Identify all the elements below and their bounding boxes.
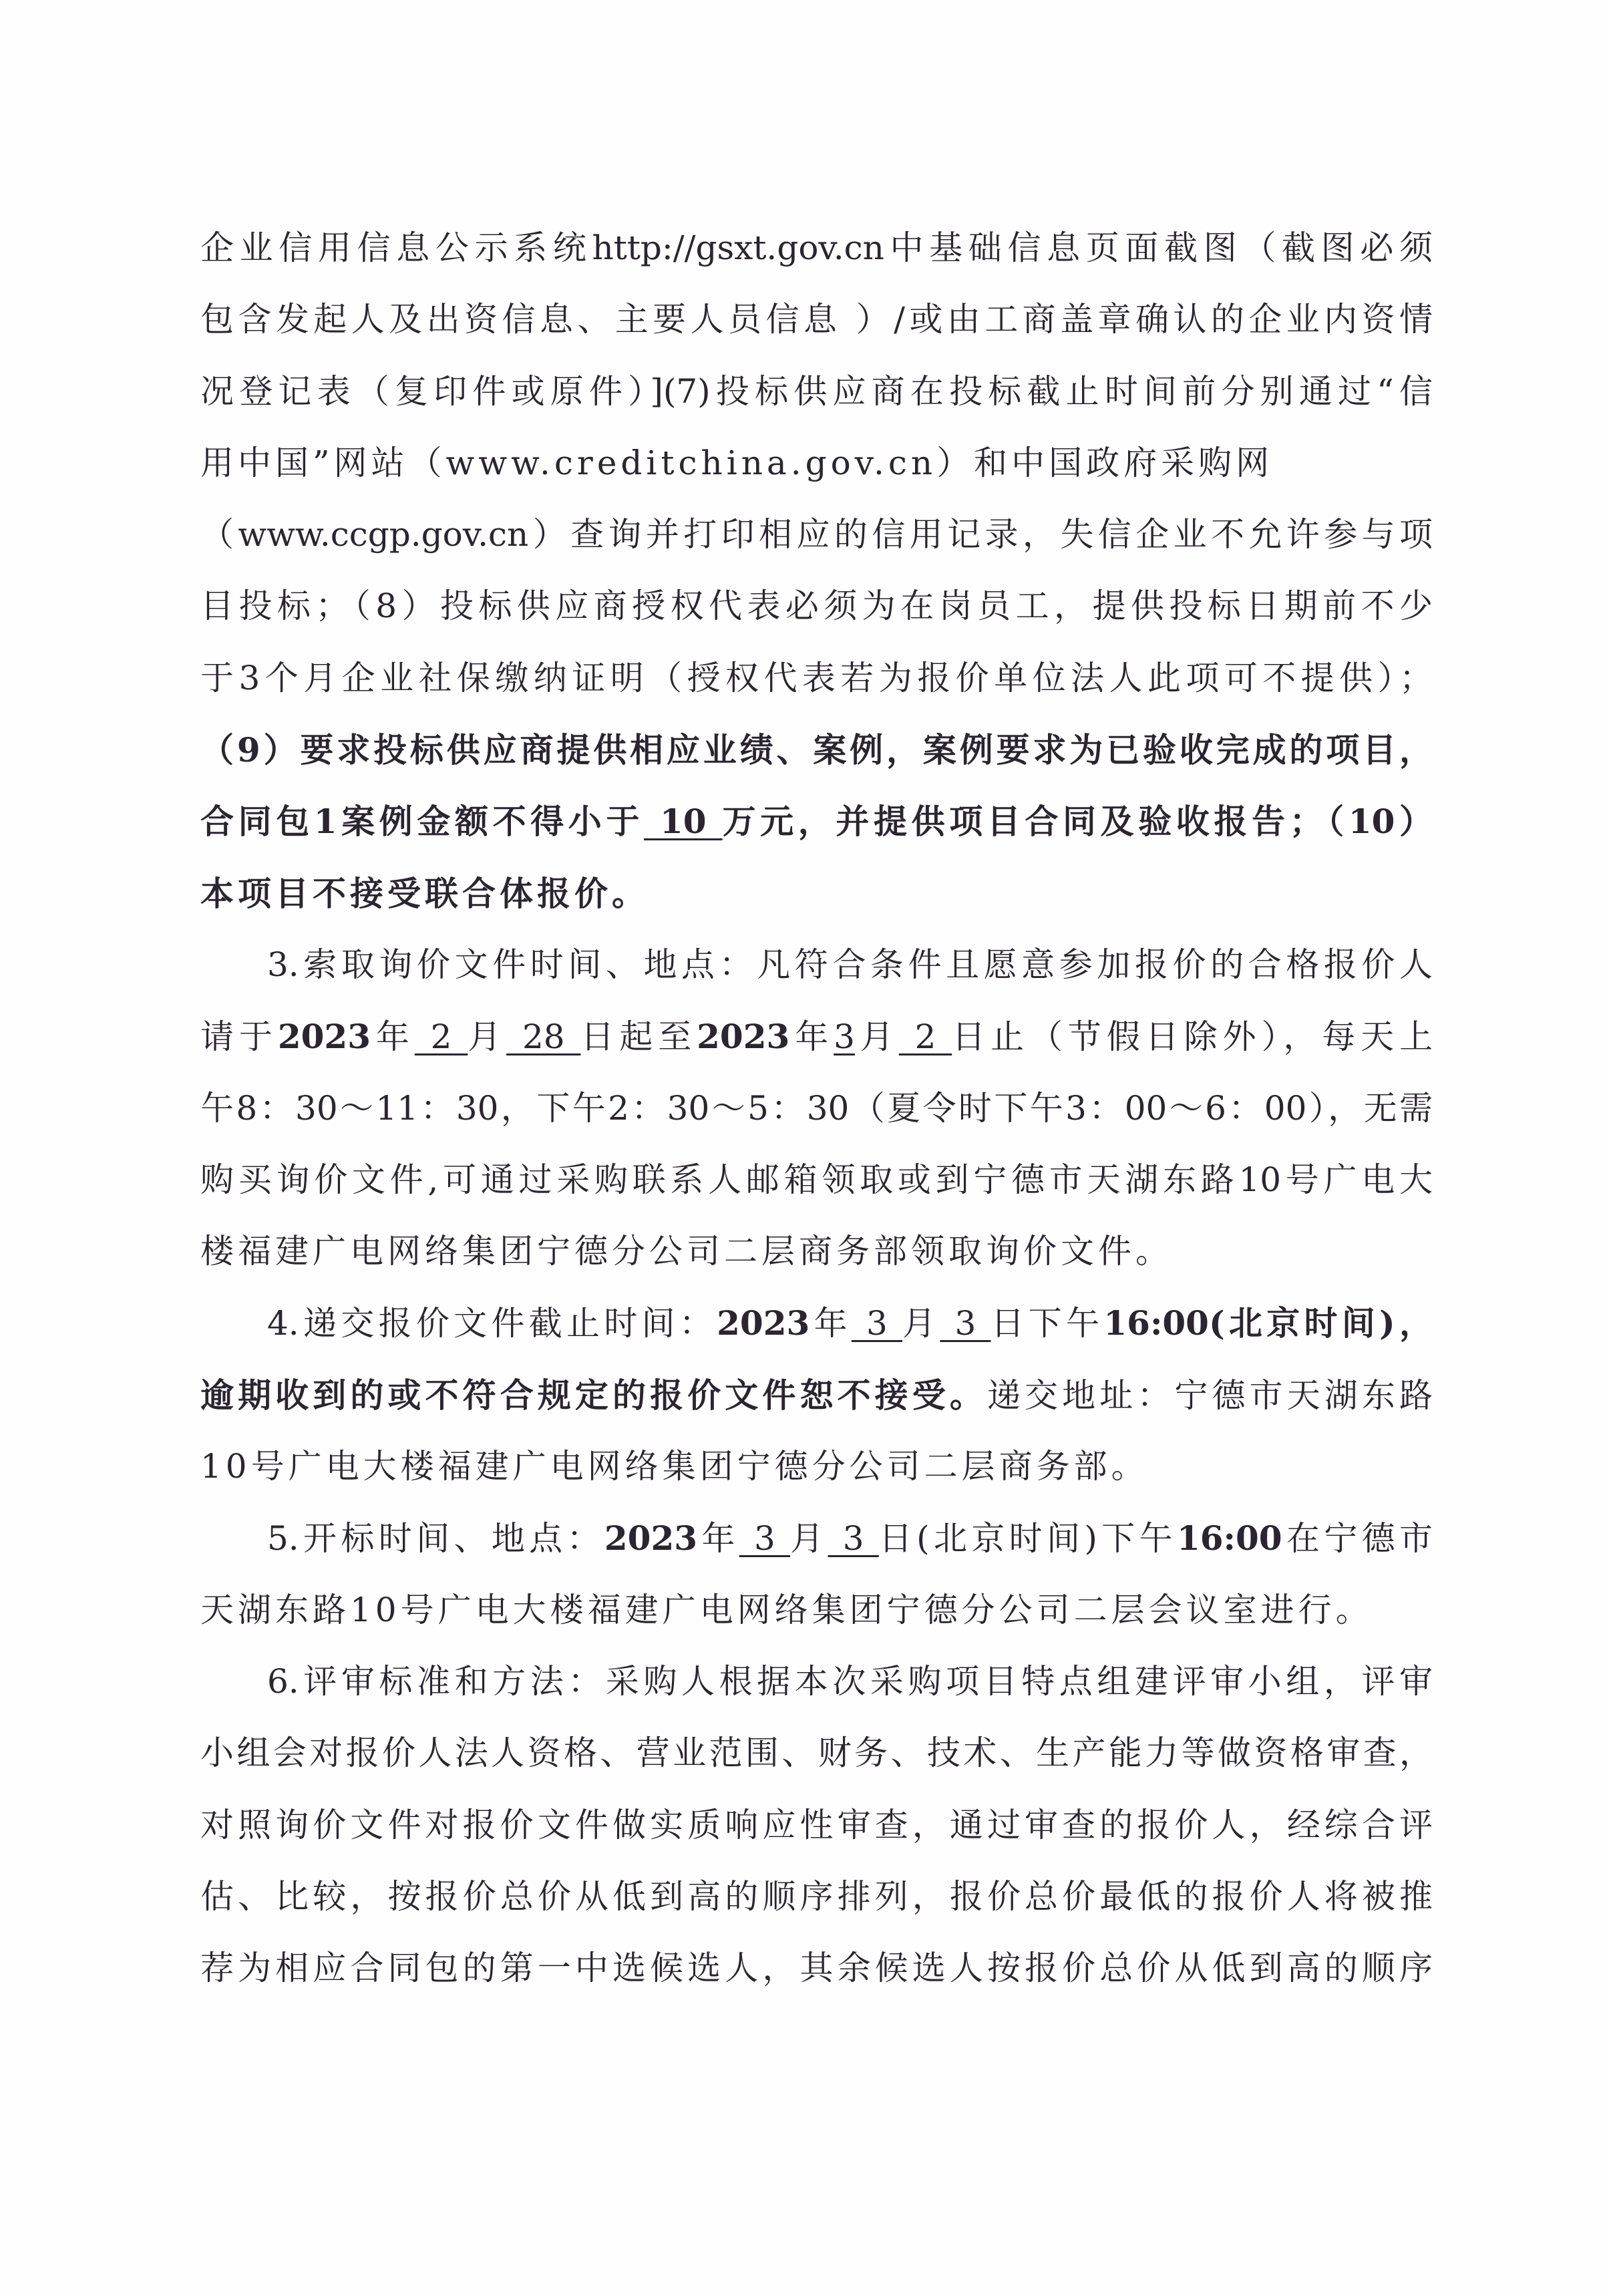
text-segment: 企业信用信息公示系统http://gsxt.gov.cn中基础信息页面截图（截图… [200,228,1433,267]
text-line: 本项目不接受联合体报价。 [200,858,1433,929]
text-line: 天湖东路10号广电大楼福建广电网络集团宁德分公司二层会议室进行。 [200,1575,1433,1646]
text-segment: 小组会对报价人法人资格、营业范围、财务、技术、生产能力等做资格审查， [200,1734,1433,1772]
text-segment: 购买询价文件,可通过采购联系人邮箱领取或到宁德市天湖东路10号广电大 [200,1160,1433,1199]
text-segment: 午8：30～11：30，下午2：30～5：30（夏令时下午3：00～6：00），… [200,1089,1433,1128]
text-segment: 递交地址：宁德市天湖东路 [987,1376,1433,1415]
text-line: 包含发起人及出资信息、主要人员信息 ）/或由工商盖章确认的企业内资情 [200,284,1433,355]
text-segment: 5.开标时间、地点： [267,1519,604,1558]
underlined-value: 10 [644,802,723,841]
paragraph-first-line: 5.开标时间、地点：2023年 3 月 3 日(北京时间)下午16:00在宁德市 [200,1502,1433,1574]
text-segment: 10号广电大楼福建广电网络集团宁德分公司二层商务部。 [200,1447,1149,1486]
text-line: 目投标；（8）投标供应商授权代表必须为在岗员工，提供投标日期前不少 [200,570,1433,642]
text-line: 午8：30～11：30，下午2：30～5：30（夏令时下午3：00～6：00），… [200,1073,1433,1144]
text-segment: 年 [789,1017,834,1056]
text-segment: 3.索取询价文件时间、地点：凡符合条件且愿意参加报价的合格报价人 [267,945,1433,984]
text-segment: 日(北京时间)下午 [879,1519,1177,1558]
text-segment: 年 [371,1017,415,1056]
text-segment: 楼福建广电网络集团宁德分公司二层商务部领取询价文件。 [200,1232,1173,1271]
paragraph-first-line: 6.评审标准和方法：采购人根据本次采购项目特点组建评审小组，评审 [200,1646,1433,1717]
document-body: 企业信用信息公示系统http://gsxt.gov.cn中基础信息页面截图（截图… [200,212,1433,2004]
bold-text: 16:00 [1103,1303,1209,1343]
text-line: （www.ccgp.gov.cn）查询并打印相应的信用记录，失信企业不允许参与项 [200,499,1433,570]
paragraph-first-line: 4.递交报价文件截止时间：2023年 3 月 3 日下午16:00(北京时间)， [200,1287,1433,1359]
text-line: 购买询价文件,可通过采购联系人邮箱领取或到宁德市天湖东路10号广电大 [200,1144,1433,1216]
text-segment: 包含发起人及出资信息、主要人员信息 ）/或由工商盖章确认的企业内资情 [200,300,1433,339]
text-line: 10号广电大楼福建广电网络集团宁德分公司二层商务部。 [200,1431,1433,1502]
underlined-value: 2 [899,1017,952,1056]
underlined-value: 3 [852,1304,902,1343]
text-segment: 月 [790,1519,828,1558]
text-segment: 日止（节假日除外），每天上 [952,1017,1433,1056]
bold-text: 2023 [697,1017,789,1056]
text-line: 逾期收到的或不符合规定的报价文件恕不接受。递交地址：宁德市天湖东路 [200,1359,1433,1431]
text-segment: 对照询价文件对报价文件做实质响应性审查，通过审查的报价人，经综合评 [200,1806,1433,1844]
bold-text: 逾期收到的或不符合规定的报价文件恕不接受。 [200,1375,987,1415]
text-line: 荐为相应合同包的第一中选候选人，其余候选人按报价总价从低到高的顺序 [200,1933,1433,2004]
text-segment: 况登记表（复印件或原件）](7)投标供应商在投标截止时间前分别通过“信 [200,372,1433,411]
underlined-value: 3 [834,1017,855,1056]
text-segment: 6.评审标准和方法：采购人根据本次采购项目特点组建评审小组，评审 [267,1662,1433,1701]
text-line: 请于2023年 2 月 28 日起至2023年3月 2 日止（节假日除外），每天… [200,1001,1433,1072]
text-segment: 在宁德市 [1282,1519,1433,1558]
text-segment: 年 [697,1519,739,1558]
text-segment: 于3个月企业社保缴纳证明（授权代表若为报价单位法人此项可不提供）； [200,659,1433,697]
underlined-value: 3 [739,1519,790,1558]
text-segment: 荐为相应合同包的第一中选候选人，其余候选人按报价总价从低到高的顺序 [200,1949,1433,1987]
underlined-value: 3 [940,1304,991,1343]
text-segment: 目投标；（8）投标供应商授权代表必须为在岗员工，提供投标日期前不少 [200,587,1433,625]
text-segment: 天湖东路10号广电大楼福建广电网络集团宁德分公司二层会议室进行。 [200,1591,1373,1629]
bold-text: 2023 [278,1017,371,1056]
text-line: 用中国”网站（www.creditchina.gov.cn）和中国政府采购网 [200,428,1433,499]
text-line: 于3个月企业社保缴纳证明（授权代表若为报价单位法人此项可不提供）； [200,643,1433,714]
bold-text: 16:00 [1177,1518,1282,1558]
underlined-value: 2 [415,1017,468,1056]
bold-text: 万元，并提供项目合同及验收报告；（10） [723,802,1433,841]
text-segment: 年 [810,1304,852,1343]
text-segment: （www.ccgp.gov.cn）查询并打印相应的信用记录，失信企业不允许参与项 [200,515,1433,554]
text-segment: 月 [855,1017,899,1056]
paragraph-first-line: 3.索取询价文件时间、地点：凡符合条件且愿意参加报价的合格报价人 [200,929,1433,1001]
text-segment: 日起至 [580,1017,697,1056]
text-line: 楼福建广电网络集团宁德分公司二层商务部领取询价文件。 [200,1216,1433,1287]
text-line: 合同包1案例金额不得小于 10 万元，并提供项目合同及验收报告；（10） [200,786,1433,857]
text-line: 况登记表（复印件或原件）](7)投标供应商在投标截止时间前分别通过“信 [200,356,1433,428]
text-line: 企业信用信息公示系统http://gsxt.gov.cn中基础信息页面截图（截图… [200,212,1433,284]
bold-text: 合同包1案例金额不得小于 [200,802,644,841]
text-line: 小组会对报价人法人资格、营业范围、财务、技术、生产能力等做资格审查， [200,1717,1433,1789]
text-line: （9）要求投标供应商提供相应业绩、案例，案例要求为已验收完成的项目， [200,714,1433,786]
text-segment: 月 [468,1017,506,1056]
text-segment: 日下午 [991,1304,1104,1343]
text-segment: 请于 [200,1017,278,1056]
underlined-value: 28 [506,1017,580,1056]
underlined-value: 3 [828,1519,878,1558]
text-segment: 用中国”网站（www.creditchina.gov.cn）和中国政府采购网 [200,444,1273,482]
bold-text: (北京时间)， [1209,1303,1433,1343]
scanned-document-page: 企业信用信息公示系统http://gsxt.gov.cn中基础信息页面截图（截图… [0,0,1609,2296]
text-line: 估、比较，按报价总价从低到高的顺序排列，报价总价最低的报价人将被推 [200,1861,1433,1933]
bold-text: 2023 [717,1303,810,1343]
bold-text: 本项目不接受联合体报价。 [200,874,649,913]
bold-text: （9）要求投标供应商提供相应业绩、案例，案例要求为已验收完成的项目， [200,730,1433,770]
text-segment: 估、比较，按报价总价从低到高的顺序排列，报价总价最低的报价人将被推 [200,1877,1433,1916]
text-line: 对照询价文件对报价文件做实质响应性审查，通过审查的报价人，经综合评 [200,1790,1433,1861]
text-segment: 4.递交报价文件截止时间： [267,1304,717,1343]
bold-text: 2023 [604,1518,697,1558]
text-segment: 月 [902,1304,940,1343]
